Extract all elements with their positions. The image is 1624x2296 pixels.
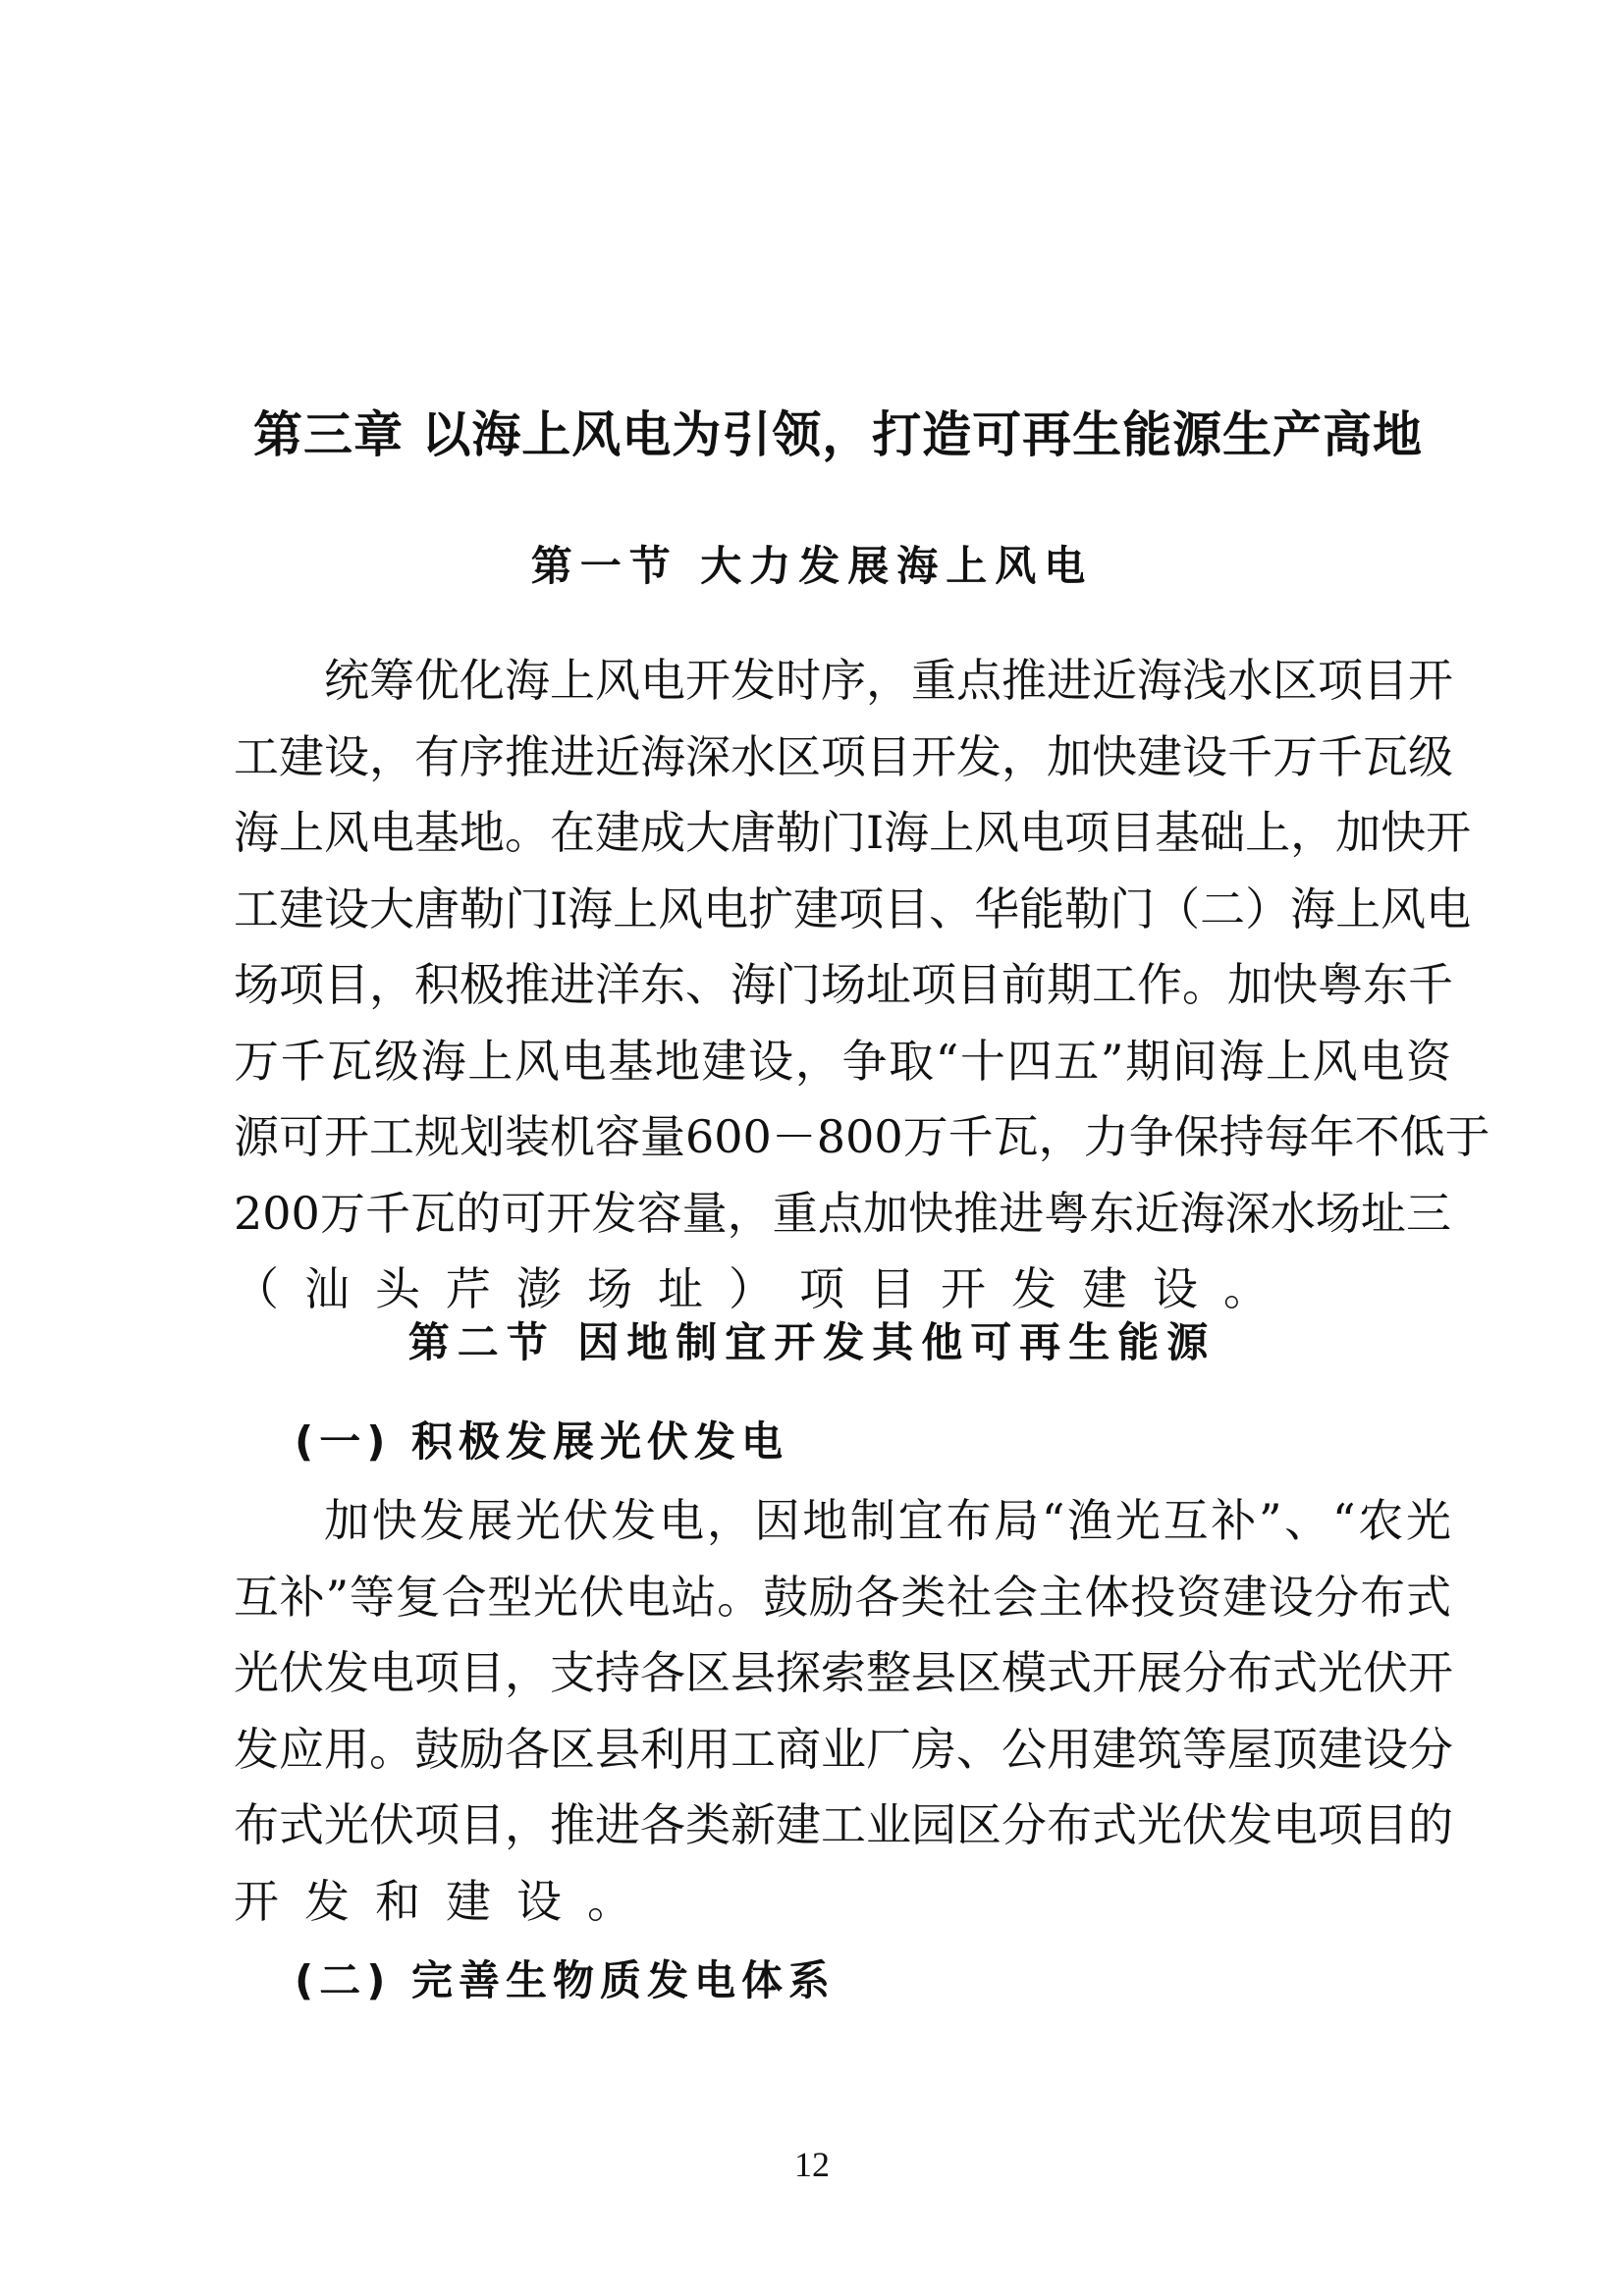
- paragraph-line: 统筹优化海上风电开发时序，重点推进近海浅水区项目开: [324, 642, 1451, 719]
- paragraph-line: 海上风电基地。在建成大唐勒门I海上风电项目基础上，加快开: [234, 794, 1451, 871]
- paragraph-line: 工建设大唐勒门I海上风电扩建项目、华能勒门（二）海上风电: [234, 871, 1451, 947]
- paragraph-line: 万千瓦级海上风电基地建设，争取“十四五”期间海上风电资: [234, 1023, 1451, 1099]
- paragraph-line: 布式光伏项目，推进各类新建工业园区分布式光伏发电项目的: [234, 1787, 1451, 1863]
- page-number: 12: [0, 2140, 1624, 2189]
- section-heading-1: 第一节 大力发展海上风电: [0, 532, 1624, 601]
- subsection-heading-1: (一) 积极发展光伏发电: [295, 1408, 788, 1476]
- paragraph-line: 源可开工规划装机容量600－800万千瓦，力争保持每年不低于: [234, 1098, 1451, 1175]
- paragraph-line: 光伏发电项目，支持各区县探索整县区模式开展分布式光伏开: [234, 1634, 1451, 1711]
- subsection-heading-2: (二) 完善生物质发电体系: [295, 1947, 836, 2015]
- paragraph-line: 200万千瓦的可开发容量，重点加快推进粤东近海深水场址三: [234, 1175, 1451, 1252]
- paragraph-line: 互补”等复合型光伏电站。鼓励各类社会主体投资建设分布式: [234, 1559, 1451, 1635]
- section-heading-2: 第二节 因地制宜开发其他可再生能源: [0, 1308, 1624, 1377]
- paragraph-line: 场项目，积极推进洋东、海门场址项目前期工作。加快粤东千: [234, 946, 1451, 1023]
- paragraph-line: 发应用。鼓励各区县利用工商业厂房、公用建筑等屋顶建设分: [234, 1711, 1451, 1788]
- chapter-title: 第三章 以海上风电为引领，打造可再生能源生产高地: [253, 398, 1422, 472]
- paragraph-line: 加快发展光伏发电，因地制宜布局“渔光互补”、“农光: [324, 1482, 1451, 1559]
- paragraph-line: 工建设，有序推进近海深水区项目开发，加快建设千万千瓦级: [234, 719, 1451, 795]
- paragraph-line: 开发和建设。: [234, 1863, 1451, 1940]
